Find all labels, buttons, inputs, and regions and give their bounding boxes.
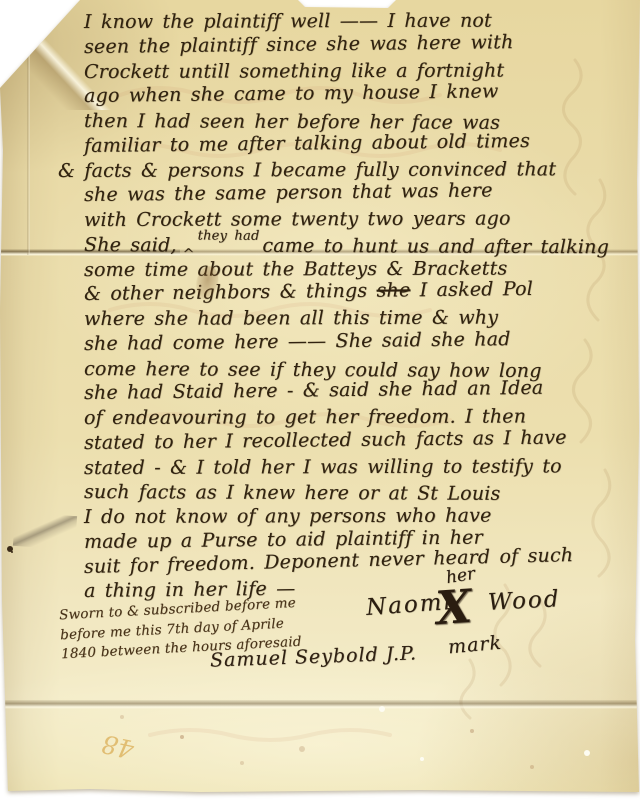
text-segment: where she had been all this time & why — [84, 307, 498, 330]
text-segment: she had Staid here - & said she had an I… — [84, 377, 544, 404]
deposition-line: with Crockett some twenty two years ago — [84, 206, 640, 233]
text-segment: familiar to me after talking about old t… — [84, 130, 530, 157]
text-segment: I asked Pol — [410, 278, 533, 301]
deposition-text: I know the plaintiff well —— I have nots… — [84, 10, 640, 604]
deposition-line: she had come here —— She said she had — [84, 325, 640, 356]
foxing-specks — [180, 735, 184, 739]
text-segment: I do not know of any persons who have — [84, 505, 492, 528]
deposition-line: she was the same person that was here — [84, 177, 640, 208]
text-segment: she had come here —— She said she had — [84, 328, 511, 355]
text-segment: with Crockett some twenty two years ago — [84, 208, 511, 231]
deposition-line: she had Staid here - & said she had an I… — [84, 375, 640, 406]
fold-crease-bottom — [0, 700, 640, 709]
paper-shadow-wrap: I know the plaintiff well —— I have nots… — [0, 0, 640, 801]
signature-surname: Wood — [487, 586, 561, 616]
text-segment: stated - & I told her I was willing to t… — [84, 455, 562, 479]
signature-mark-label: mark — [447, 632, 503, 659]
text-segment: such facts as I knew here or at St Louis — [84, 481, 501, 505]
text-segment: seen the plaintiff since she was here wi… — [84, 31, 514, 58]
deposition-line: & other neighbors & things she I asked P… — [84, 276, 640, 307]
text-segment: she was the same person that was here — [84, 180, 493, 207]
deposition-line: stated - & I told her I was willing to t… — [84, 454, 640, 481]
signature-x-mark: X — [434, 579, 473, 635]
scanned-document: I know the plaintiff well —— I have nots… — [0, 0, 640, 801]
inserted-text: they had — [198, 228, 260, 243]
text-segment: ago when she came to my house I knew — [84, 81, 499, 108]
deposition-line: familiar to me after talking about old t… — [84, 127, 640, 158]
pencil-number-note: 48 — [99, 729, 136, 764]
text-segment: & other neighbors & things — [84, 280, 377, 305]
struck-out-text: she — [376, 280, 410, 302]
deposition-line: seen the plaintiff since she was here wi… — [84, 28, 640, 59]
text-segment: I know the plaintiff well —— I have not — [84, 10, 492, 33]
paper-sheet: I know the plaintiff well —— I have nots… — [0, 0, 640, 792]
text-segment: came to hunt us and after talking — [262, 235, 609, 259]
fold-crease-vertical — [27, 0, 30, 255]
pencil-smudge — [13, 512, 77, 550]
deposition-line: stated to her I recollected such facts a… — [84, 424, 640, 455]
text-segment: She said, — [84, 234, 177, 256]
text-segment: stated to her I recollected such facts a… — [84, 426, 567, 453]
ink-blot — [7, 546, 13, 552]
deposition-line: ago when she came to my house I knew — [84, 78, 640, 109]
text-segment: of endeavouring to get her freedom. I th… — [84, 405, 526, 429]
